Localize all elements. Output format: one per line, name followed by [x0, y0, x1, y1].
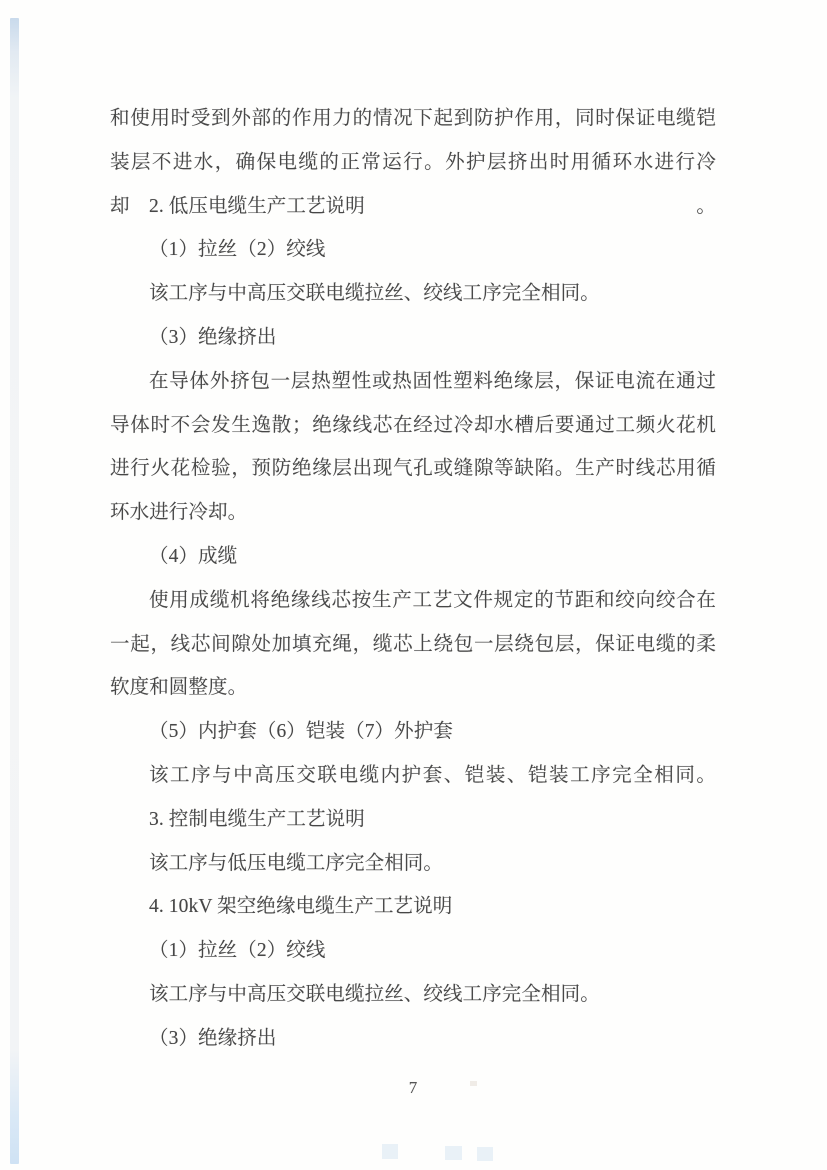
text-line: 该工序与中高压交联电缆拉丝、绞线工序完全相同。	[110, 272, 716, 316]
page-number: 7	[110, 1078, 716, 1098]
text-line: 导体时不会发生逸散；绝缘线芯在经过冷却水槽后要通过工频火花机	[110, 404, 716, 448]
text-line: （3）绝缘挤出	[110, 1017, 716, 1061]
text-line: （1）拉丝（2）绞线	[110, 929, 716, 973]
text-line: 环水进行冷却。	[110, 491, 716, 535]
scan-speck	[445, 1146, 462, 1160]
scan-speck	[477, 1147, 493, 1161]
text-line: 在导体外挤包一层热塑性或热固性塑料绝缘层，保证电流在通过	[110, 360, 716, 404]
text-line: 该工序与中高压交联电缆拉丝、绞线工序完全相同。	[110, 973, 716, 1017]
text-line: 装层不进水，确保电缆的正常运行。外护层挤出时用循环水进行冷却。	[110, 141, 716, 185]
document-page: 和使用时受到外部的作用力的情况下起到防护作用，同时保证电缆铠 装层不进水，确保电…	[0, 0, 827, 1170]
text-line: 该工序与中高压交联电缆内护套、铠装、铠装工序完全相同。	[110, 754, 716, 798]
section-heading: 4. 10kV 架空绝缘电缆生产工艺说明	[110, 885, 716, 929]
text-line: 该工序与低压电缆工序完全相同。	[110, 842, 716, 886]
text-line: 和使用时受到外部的作用力的情况下起到防护作用，同时保证电缆铠	[110, 97, 716, 141]
text-line: （5）内护套（6）铠装（7）外护套	[110, 710, 716, 754]
text-line: （1）拉丝（2）绞线	[110, 228, 716, 272]
document-body: 和使用时受到外部的作用力的情况下起到防护作用，同时保证电缆铠 装层不进水，确保电…	[110, 97, 716, 1061]
scan-edge-artifact	[10, 18, 19, 1164]
section-heading: 3. 控制电缆生产工艺说明	[110, 798, 716, 842]
text-line: 进行火花检验，预防绝缘层出现气孔或缝隙等缺陷。生产时线芯用循	[110, 447, 716, 491]
text-line: （4）成缆	[110, 535, 716, 579]
text-line: 使用成缆机将绝缘线芯按生产工艺文件规定的节距和绞向绞合在	[110, 579, 716, 623]
text-line: 一起，线芯间隙处加填充绳，缆芯上绕包一层绕包层，保证电缆的柔	[110, 623, 716, 667]
scan-speck	[382, 1144, 398, 1159]
text-line: （3）绝缘挤出	[110, 316, 716, 360]
text-line: 软度和圆整度。	[110, 666, 716, 710]
